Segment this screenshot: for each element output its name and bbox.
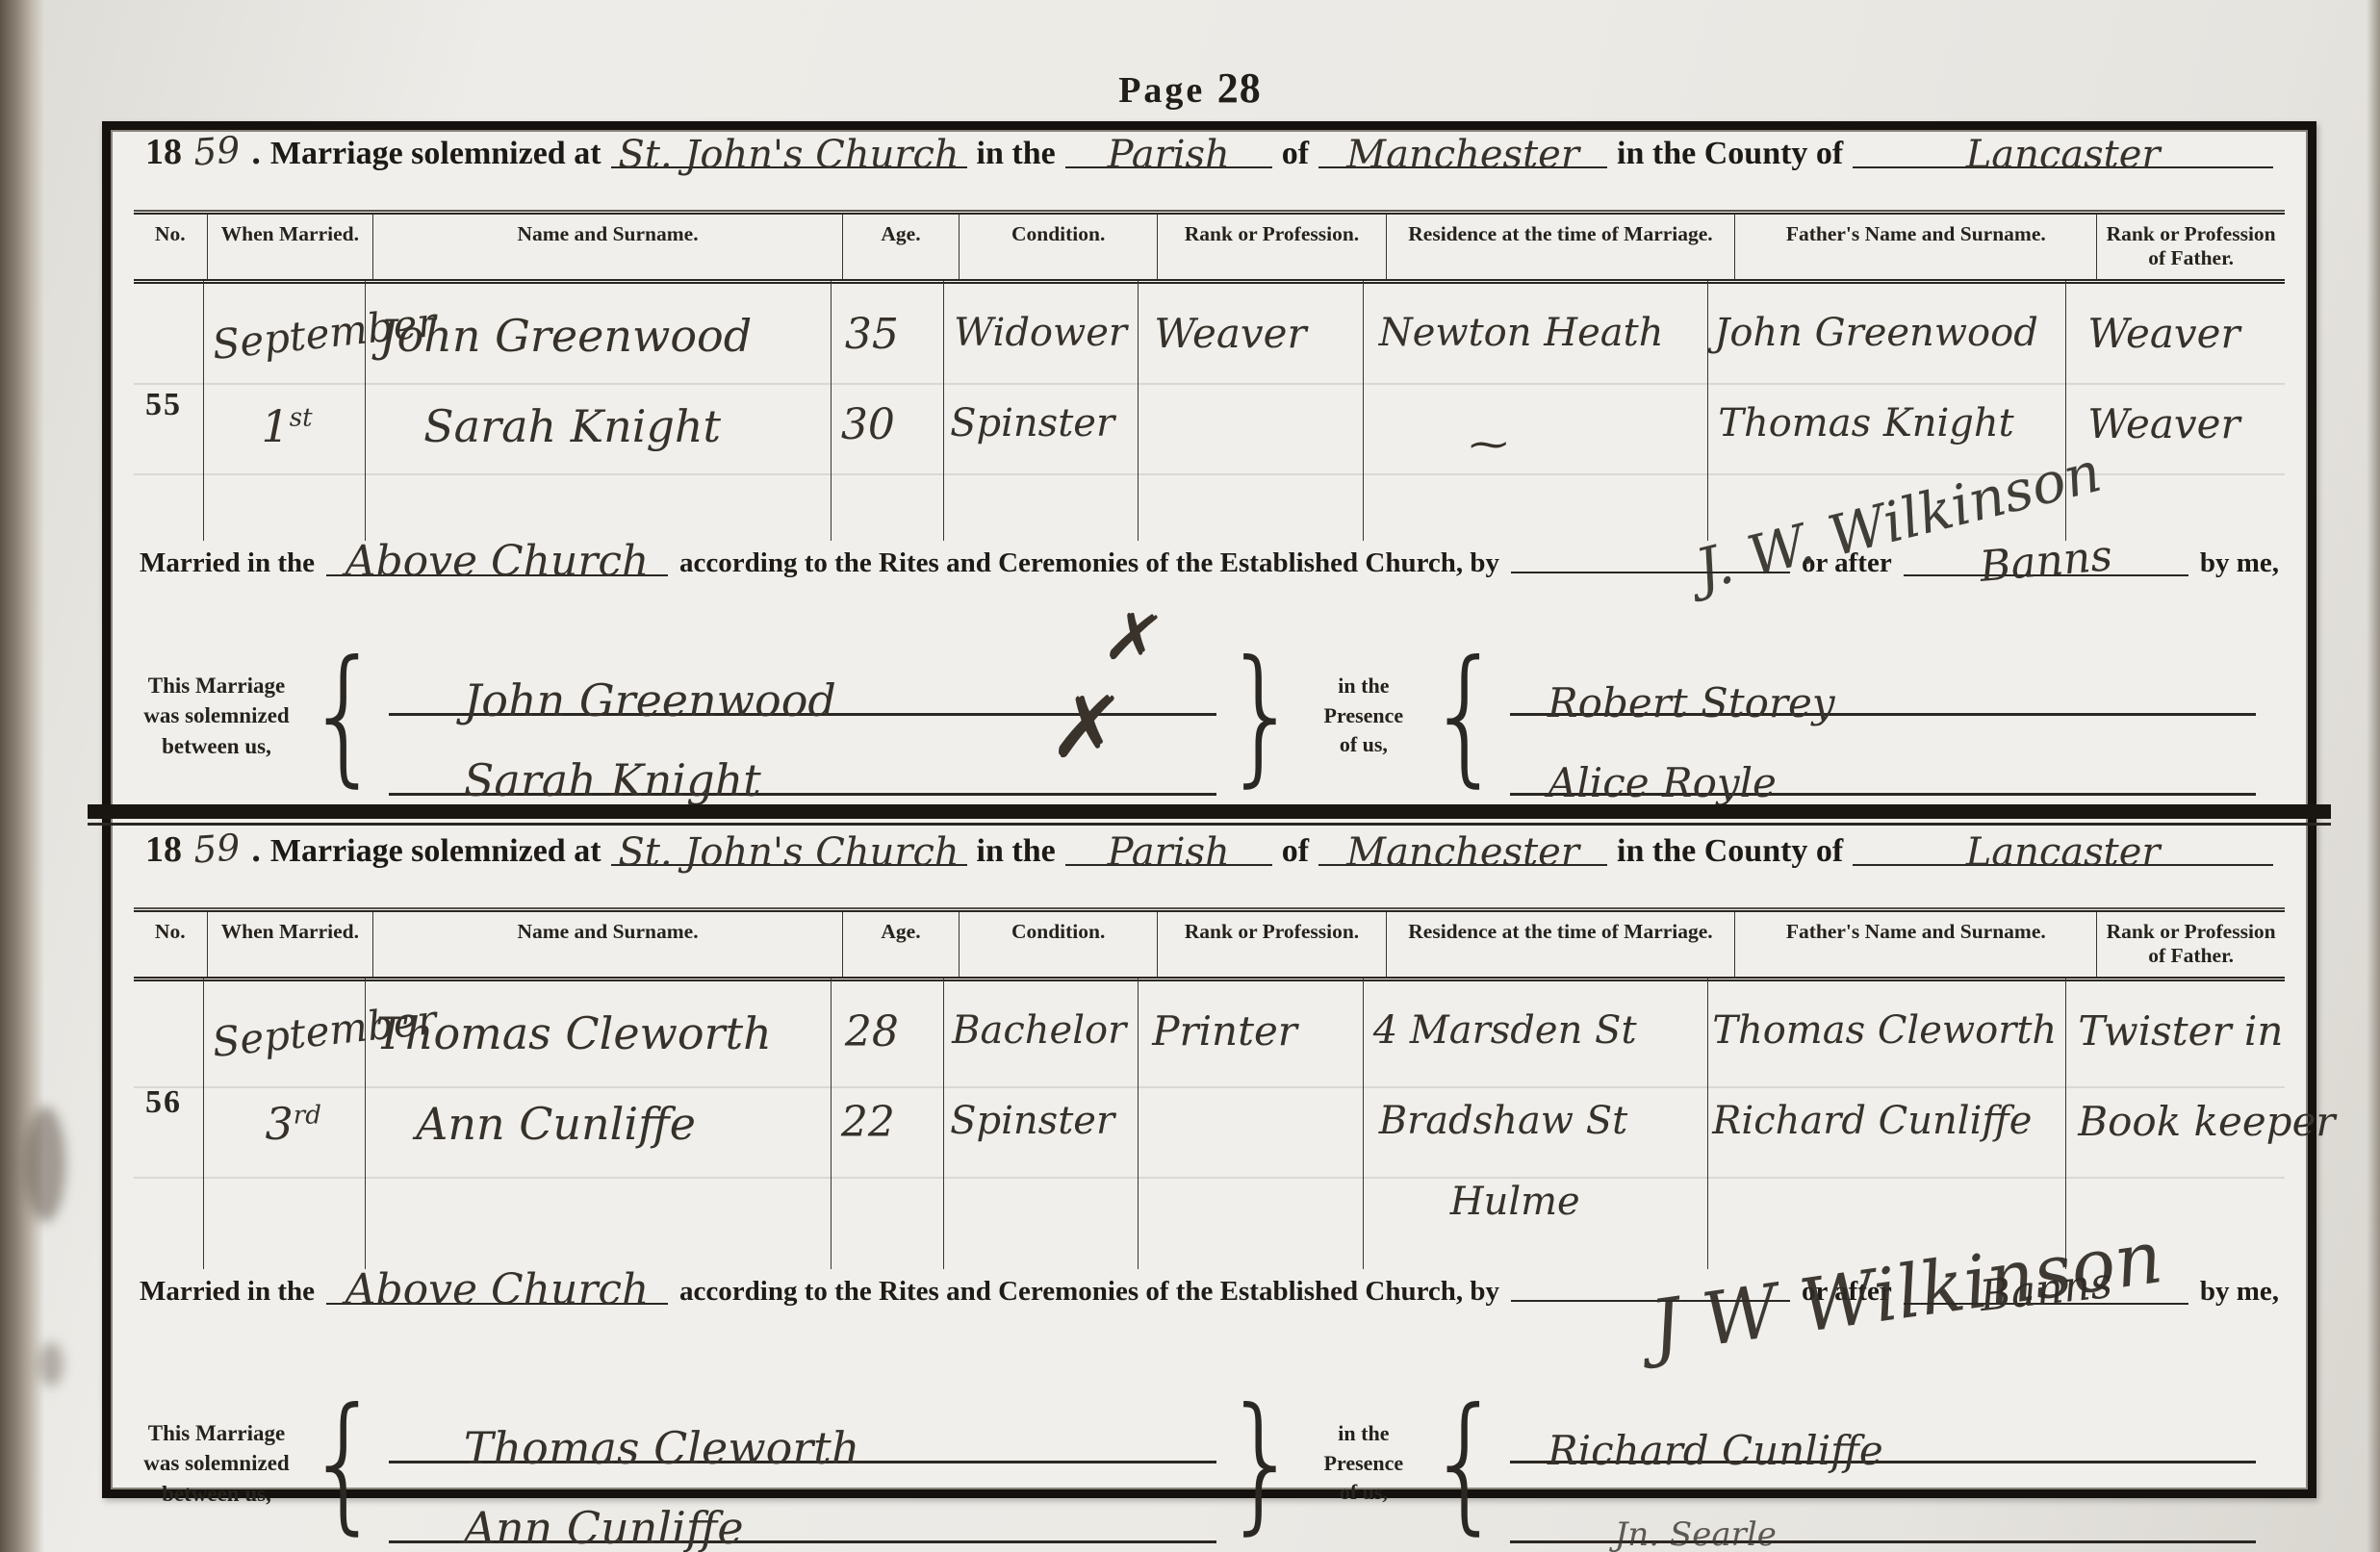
col-name-surname: Name and Surname. [373,215,843,279]
cell-conditions: Widower Spinster [944,281,1139,541]
bride-condition: Spinster [950,404,1114,443]
of-label: of [1282,136,1309,172]
by-blank [1511,1300,1790,1302]
after-blank: Banns [1904,1269,2188,1305]
or-after-label: or after [1802,1276,1892,1308]
column-headers: No. When Married. Name and Surname. Age.… [134,910,2285,979]
rites-label: according to the Rites and Ceremonies of… [679,547,1499,579]
marriage-day: 1st [262,404,313,448]
church-blank: St. John's Church [611,136,967,168]
entry-56-title-line: 1859. Marriage solemnized at St. John's … [134,827,2285,910]
witness2-line: Alice Royle [1510,716,2256,796]
col-condition: Condition. [960,912,1158,977]
bride-signature-line: Ann Cunliffe [389,1463,1216,1543]
page-number-heading: Page 28 [0,64,2380,113]
groom-name: Thomas Cleworth [375,1011,772,1056]
solemnized-at-label: Marriage solemnized at [270,136,601,172]
col-when-married: When Married. [208,215,374,279]
groom-age: 35 [845,314,899,356]
married-in-blank: Above Church [326,1269,668,1305]
bride-father: Thomas Knight [1718,404,2013,443]
bride-name: Sarah Knight [423,404,721,448]
col-condition: Condition. [960,215,1158,279]
cell-no: 56 [134,979,204,1269]
year-prefix: 18 [145,828,182,871]
col-father-rank: Rank or Profession of Father. [2097,912,2285,977]
couple-signatures: ✗ ✗ John Greenwood Sarah Knight [389,636,1216,796]
entry-number: 55 [145,387,182,423]
cell-father-ranks: Weaver Weaver [2066,281,2285,541]
parish-word: Parish [1108,837,1230,868]
groom-father: Thomas Cleworth [1712,1011,2057,1050]
cell-professions: Printer [1139,979,1363,1269]
scan-edge-shadow [2367,0,2380,1552]
entry-55-married-in-line: Married in the Above Church according to… [134,541,2285,633]
column-headers: No. When Married. Name and Surname. Age.… [134,213,2285,281]
presence-label: in the Presence of us, [1307,672,1420,760]
witness1-line: Richard Cunliffe [1510,1384,2256,1463]
open-brace: { [305,649,383,782]
col-residence: Residence at the time of Marriage. [1387,215,1736,279]
ink-smudge [25,1107,65,1222]
this-marriage-label: This Marriage was solemnized between us, [134,671,299,760]
witness-signatures: Richard Cunliffe Jn. Searle [1510,1384,2256,1543]
place-name: Manchester [1346,140,1579,170]
witness2-signature: Jn. Searle [1615,1515,1777,1552]
married-in-value: Above Church [345,545,650,578]
cell-professions: Weaver [1139,281,1363,541]
witness1-line: Robert Storey [1510,636,2256,716]
cell-conditions: Bachelor Spinster [944,979,1139,1269]
col-no: No. [134,912,208,977]
year-handwritten: 59 [192,128,242,173]
parish-blank: Parish [1065,833,1272,866]
cell-fathers: John Greenwood Thomas Knight [1708,281,2066,541]
groom-name: John Greenwood [379,314,752,358]
bride-signature: Ann Cunliffe [464,1502,744,1552]
by-me-label: by me, [2200,1276,2279,1308]
register-frame: 1859. Marriage solemnized at St. John's … [102,121,2316,1498]
cell-ages: 28 22 [832,979,944,1269]
this-marriage-label: This Marriage was solemnized between us, [134,1418,299,1508]
ink-smudge [38,1342,64,1387]
entry-55-row: 55 September 1st John Greenwood Sarah Kn… [134,281,2285,541]
bride-x-mark: ✗ [1047,674,1128,781]
year-handwritten: 59 [192,826,242,871]
entry-55-solemnized-block: This Marriage was solemnized between us,… [134,633,2285,799]
col-father-name: Father's Name and Surname. [1735,215,2097,279]
place-blank: Manchester [1318,833,1607,866]
close-brace: } [1222,649,1300,782]
page-number: 28 [1217,64,1262,112]
county-name: Lancaster [1966,837,2161,868]
col-rank-profession: Rank or Profession. [1158,912,1386,977]
groom-profession: Weaver [1154,314,1306,354]
cell-names: Thomas Cleworth Ann Cunliffe [366,979,832,1269]
church-blank: St. John's Church [611,833,967,866]
cell-residences: 4 Marsden St Bradshaw St Hulme [1364,979,1709,1269]
county-blank: Lancaster [1853,833,2273,866]
witness2-line: Jn. Searle [1510,1463,2256,1543]
book-gutter-shadow [0,0,44,1552]
groom-signature-line: Thomas Cleworth [389,1384,1216,1463]
bride-name: Ann Cunliffe [416,1102,696,1146]
cell-residences: Newton Heath ⁓ [1364,281,1709,541]
col-father-name: Father's Name and Surname. [1735,912,2097,977]
or-after-label: or after [1802,547,1892,579]
marriage-entry-55: 1859. Marriage solemnized at St. John's … [111,130,2308,799]
entry-number: 56 [145,1084,182,1121]
county-name: Lancaster [1966,140,2161,170]
married-in-blank: Above Church [326,541,668,576]
cell-ages: 35 30 [832,281,944,541]
col-age: Age. [843,215,960,279]
cell-when-married: September 1st [204,281,367,541]
cell-fathers: Thomas Cleworth Richard Cunliffe [1708,979,2066,1269]
by-me-label: by me, [2200,547,2279,579]
witness-signatures: Robert Storey Alice Royle [1510,636,2256,796]
page-label: Page [1118,70,1205,111]
groom-profession: Printer [1152,1011,1297,1052]
county-of-label: in the County of [1617,136,1843,172]
parish-word: Parish [1108,140,1230,170]
by-blank [1511,572,1790,573]
open-brace: { [305,1397,383,1530]
col-father-rank: Rank or Profession of Father. [2097,215,2285,279]
place-name: Manchester [1346,837,1579,868]
cell-no: 55 [134,281,204,541]
bride-age: 22 [841,1102,895,1144]
groom-age: 28 [845,1011,899,1054]
banns-value: Banns [1978,1266,2113,1313]
entry-55-title-line: 1859. Marriage solemnized at St. John's … [134,130,2285,213]
entry-56-married-in-line: Married in the Above Church according to… [134,1269,2285,1369]
groom-father-rank: Weaver [2087,314,2239,354]
col-when-married: When Married. [208,912,374,977]
married-in-the-label: Married in the [140,1276,315,1308]
col-name-surname: Name and Surname. [373,912,843,977]
year-period: . [251,828,261,871]
bride-residence: Bradshaw St [1379,1102,1628,1140]
rites-label: according to the Rites and Ceremonies of… [679,1276,1499,1308]
section-divider [88,799,2331,827]
church-name: St. John's Church [618,837,959,868]
parish-blank: Parish [1065,136,1272,168]
groom-condition: Bachelor [952,1011,1126,1050]
entry-56-solemnized-block: This Marriage was solemnized between us,… [134,1369,2285,1552]
place-blank: Manchester [1318,136,1607,168]
bride-condition: Spinster [950,1102,1114,1140]
marriage-day: 3rd [266,1102,321,1146]
of-label: of [1282,833,1309,870]
groom-residence: Newton Heath [1379,314,1664,352]
presence-label: in the Presence of us, [1307,1419,1420,1508]
year-prefix: 18 [145,131,182,173]
groom-condition: Widower [954,314,1127,352]
bride-residence-town: Hulme [1450,1183,1580,1221]
cell-names: John Greenwood Sarah Knight [366,281,832,541]
county-of-label: in the County of [1617,833,1843,870]
groom-father: John Greenwood [1714,314,2038,352]
entry-56-row: 56 September 3rd Thomas Cleworth Ann Cun… [134,979,2285,1269]
married-in-the-label: Married in the [140,547,315,579]
marriage-entry-56: 1859. Marriage solemnized at St. John's … [111,827,2308,1552]
cell-when-married: September 3rd [204,979,367,1269]
bride-father-rank: Book keeper [2078,1102,2335,1142]
county-blank: Lancaster [1853,136,2273,168]
year-period: . [251,131,261,173]
col-no: No. [134,215,208,279]
couple-signatures: Thomas Cleworth Ann Cunliffe [389,1384,1216,1543]
married-in-value: Above Church [345,1273,650,1307]
witness-open-brace: { [1426,649,1504,782]
after-blank: Banns [1904,541,2188,576]
scanned-register-page: Page 28 1859. Marriage solemnized at St.… [0,0,2380,1552]
solemnized-at-label: Marriage solemnized at [270,833,601,870]
in-the-label: in the [977,833,1056,870]
groom-residence: 4 Marsden St [1373,1011,1637,1050]
witness-open-brace: { [1426,1397,1504,1530]
close-brace: } [1222,1397,1300,1530]
in-the-label: in the [977,136,1056,172]
groom-father-rank: Twister in [2078,1011,2283,1052]
col-age: Age. [843,912,960,977]
bride-residence-ditto: ⁓ [1470,425,1508,464]
church-name: St. John's Church [618,140,959,170]
col-rank-profession: Rank or Profession. [1158,215,1386,279]
bride-father-rank: Weaver [2087,404,2239,445]
bride-age: 30 [841,404,895,446]
col-residence: Residence at the time of Marriage. [1387,912,1736,977]
banns-value: Banns [1979,539,2113,584]
bride-father: Richard Cunliffe [1712,1102,2032,1140]
cell-father-ranks: Twister in Book keeper [2066,979,2285,1269]
